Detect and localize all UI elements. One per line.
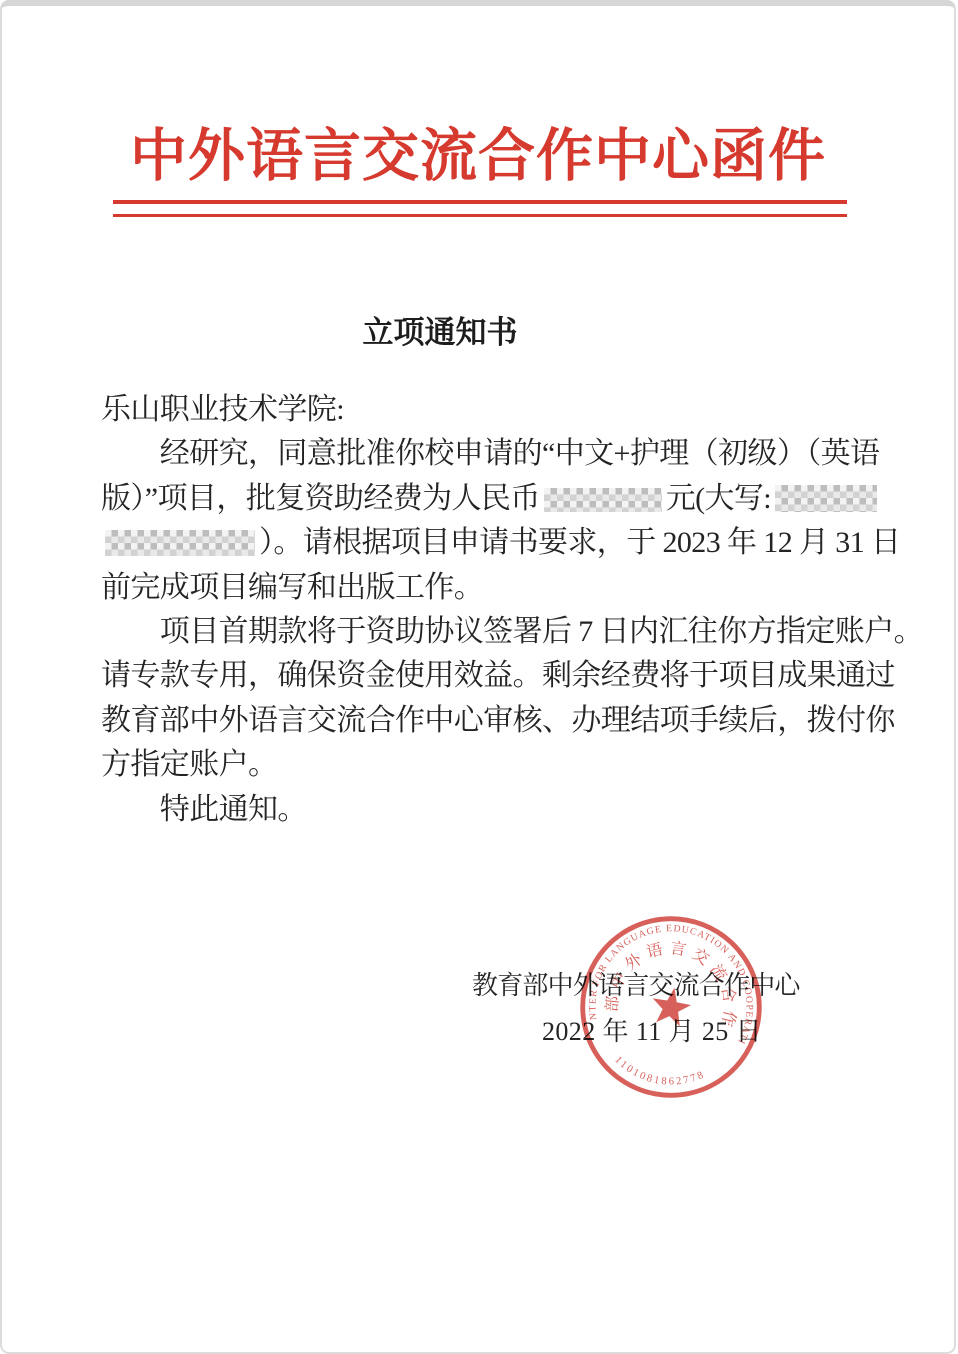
- body-line: 乐山职业技术学院:: [101, 388, 871, 432]
- redacted-text: [105, 530, 255, 556]
- body-text-segment: 项目首期款将于资助协议签署后 7 日内汇往你方指定账户。: [101, 615, 923, 648]
- body-text-segment: 版）”项目，批复资助经费为人民币: [101, 482, 540, 515]
- seal-graphic: CENTER FOR LANGUAGE EDUCATION AND COOPER…: [574, 910, 768, 1104]
- body-line: 请专款专用，确保资金使用效益。剩余经费将于项目成果通过: [101, 654, 871, 698]
- signature-org: 教育部中外语言交流合作中心: [472, 965, 800, 1002]
- letterhead-title: 中外语言交流合作中心函件: [2, 124, 954, 190]
- letterhead-divider: [113, 200, 847, 217]
- official-seal: CENTER FOR LANGUAGE EDUCATION AND COOPER…: [574, 910, 768, 1104]
- body-text-segment: ）。请根据项目申请书要求，于 2023 年 12 月 31 日: [259, 526, 900, 559]
- body-text: 乐山职业技术学院: 经研究，同意批准你校申请的“中文+护理（初级）（英语版）”项…: [101, 388, 871, 832]
- document-title: 立项通知书: [98, 307, 860, 352]
- body-text-segment: 请专款专用，确保资金使用效益。剩余经费将于项目成果通过: [101, 659, 895, 692]
- redacted-text: [775, 485, 877, 512]
- signature-date: 2022 年 11 月 25 日: [542, 1011, 762, 1048]
- body-text-segment: 元(大写:: [666, 482, 771, 515]
- body-line: 版）”项目，批复资助经费为人民币元(大写:: [101, 477, 871, 521]
- body-text-segment: 方指定账户。: [101, 748, 277, 781]
- body-line: 方指定账户。: [101, 743, 871, 787]
- body-line: 前完成项目编写和出版工作。: [101, 566, 871, 610]
- body-text-segment: 特此通知。: [101, 793, 307, 826]
- body-text-segment: 经研究，同意批准你校申请的“中文+护理（初级）（英语: [101, 437, 879, 470]
- body-text-segment: 前完成项目编写和出版工作。: [101, 571, 483, 604]
- body-line: 特此通知。: [101, 788, 871, 832]
- body-line: ）。请根据项目申请书要求，于 2023 年 12 月 31 日: [101, 521, 871, 565]
- body-line: 教育部中外语言交流合作中心审核、办理结项手续后，拨付你: [101, 699, 871, 743]
- seal-ring: [574, 910, 768, 1104]
- body-text-segment: 乐山职业技术学院:: [101, 393, 344, 426]
- body-line: 项目首期款将于资助协议签署后 7 日内汇往你方指定账户。: [101, 610, 871, 654]
- body-line: 经研究，同意批准你校申请的“中文+护理（初级）（英语: [101, 432, 871, 476]
- seal-serial-number: 1101081862778: [610, 1053, 709, 1095]
- redacted-text: [544, 488, 662, 512]
- letter-page: 中外语言交流合作中心函件 立项通知书 乐山职业技术学院: 经研究，同意批准你校申…: [0, 0, 956, 1354]
- body-text-segment: 教育部中外语言交流合作中心审核、办理结项手续后，拨付你: [101, 704, 895, 737]
